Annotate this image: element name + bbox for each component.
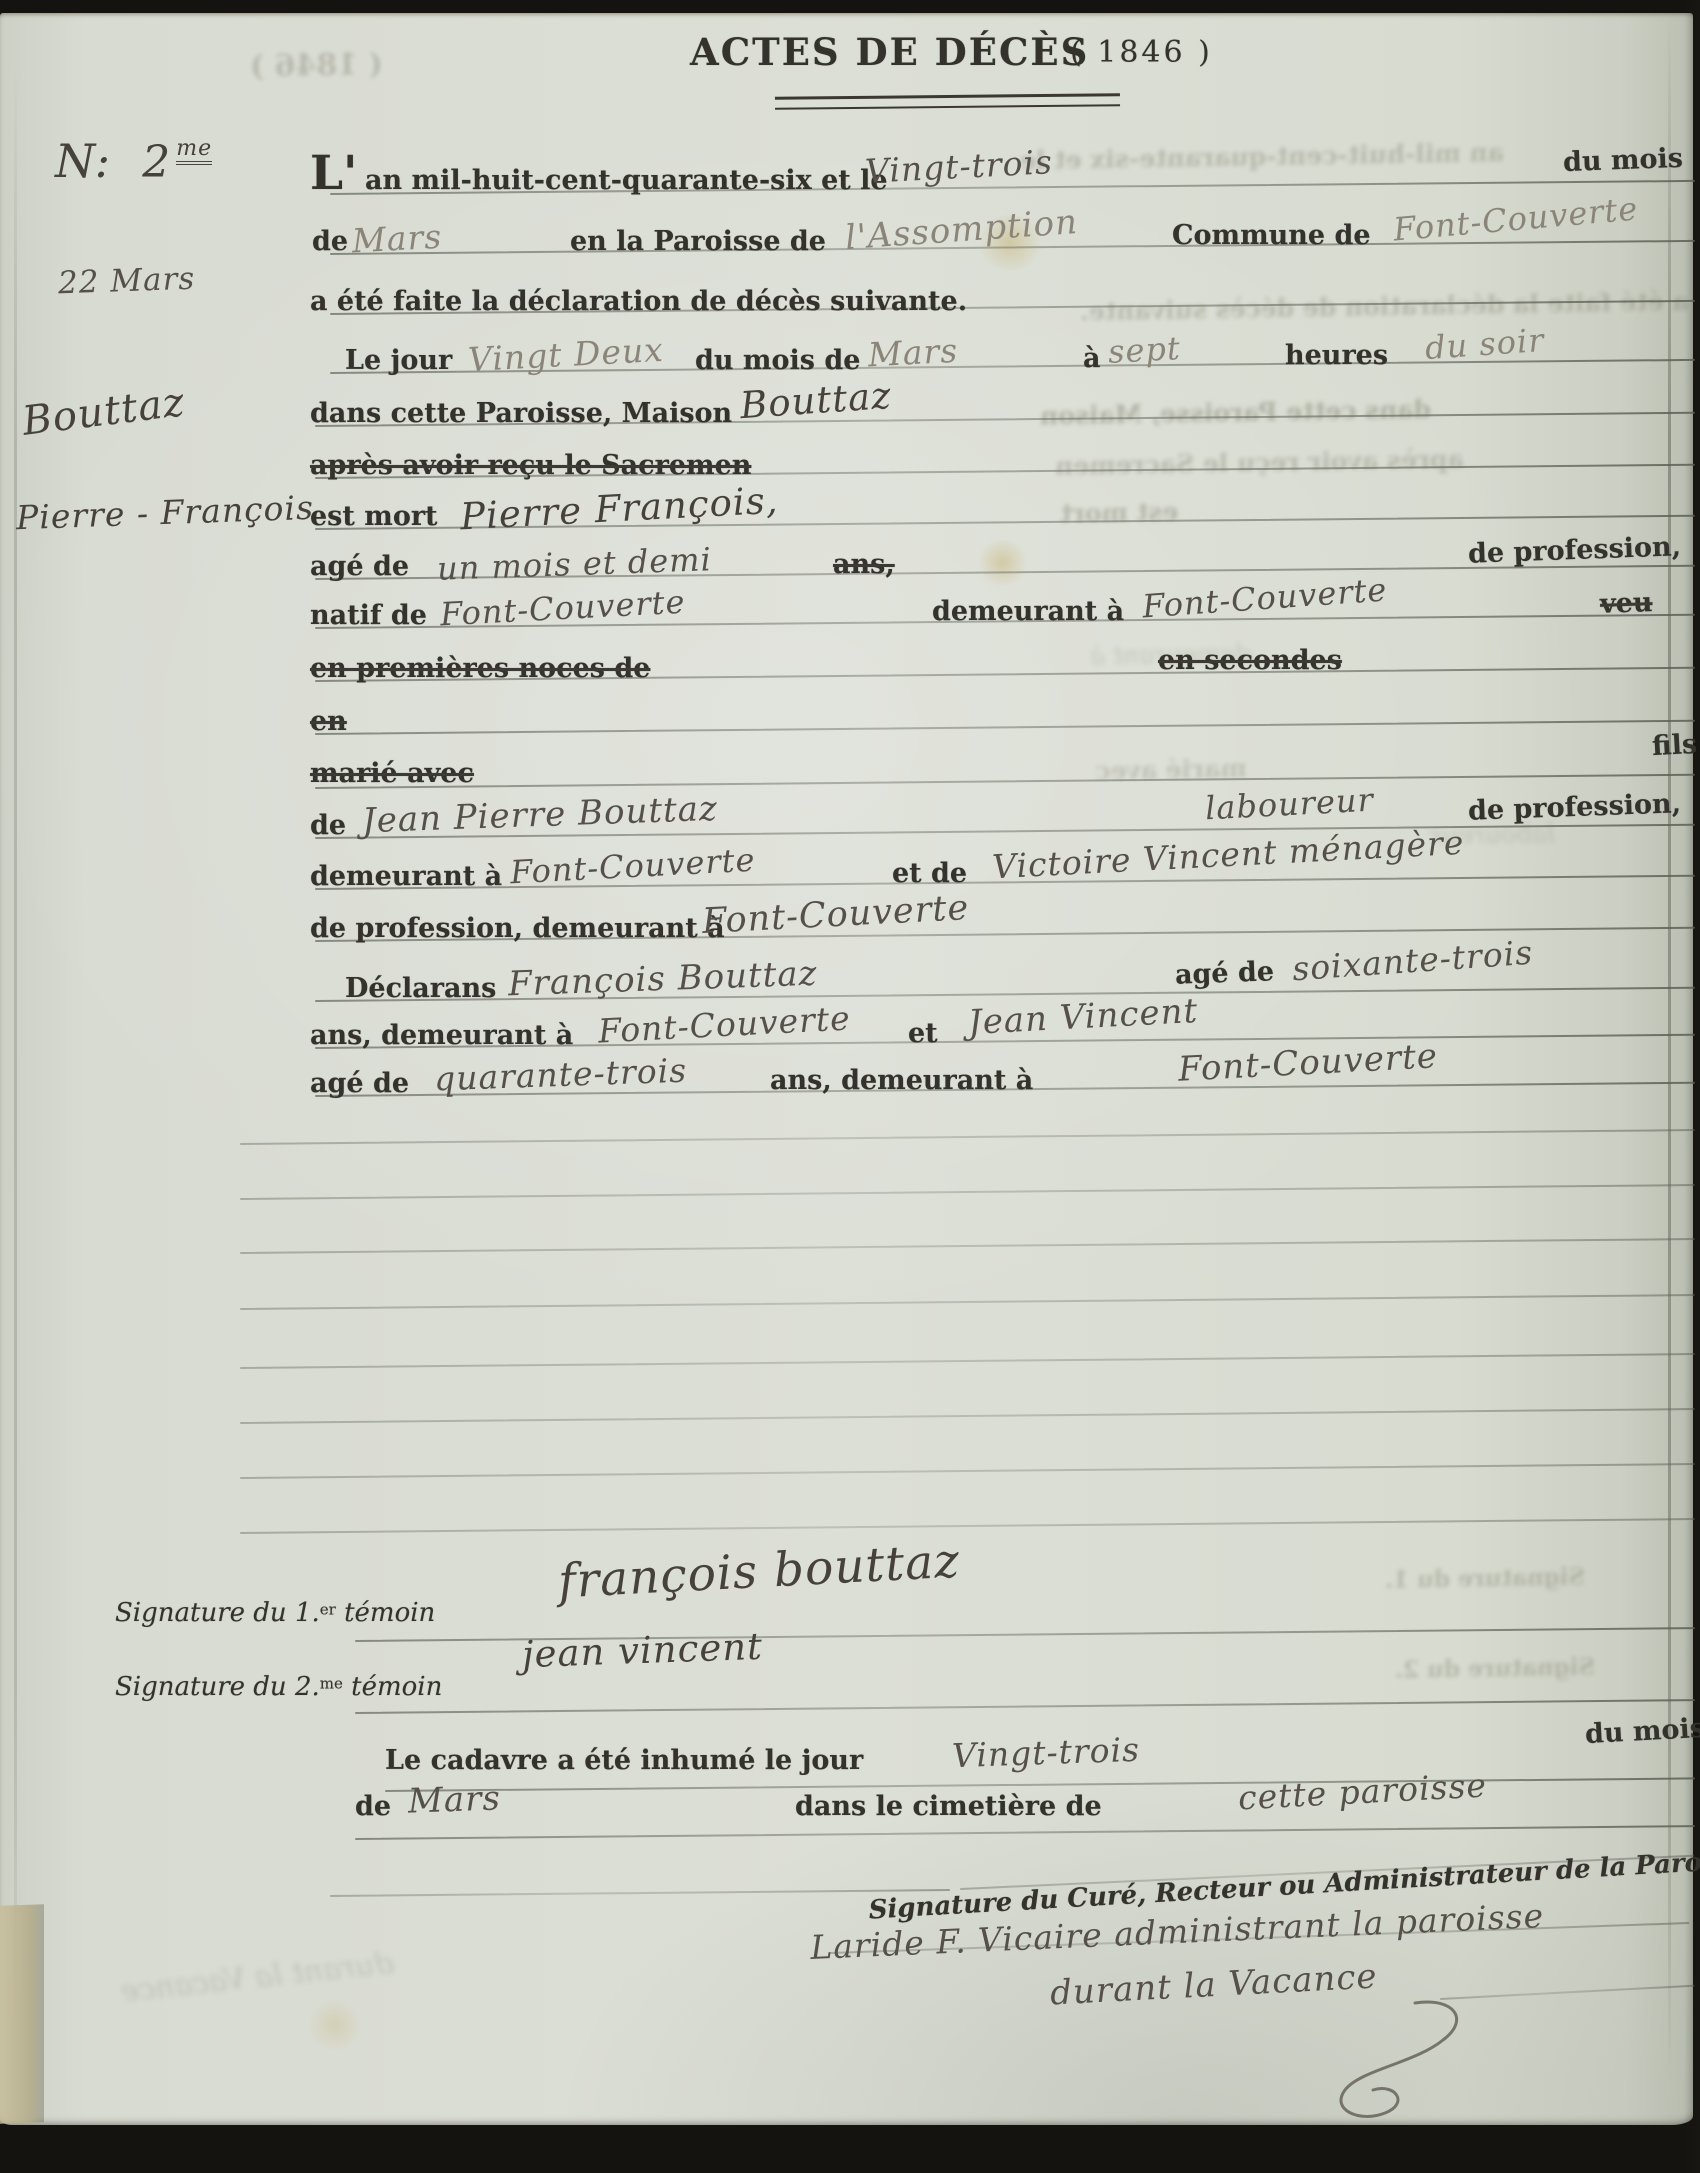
act-line1-right: du mois: [1563, 145, 1684, 176]
act-line2-de: de: [312, 228, 348, 255]
act-line4-lejour: Le jour: [345, 347, 452, 374]
act-line13-de: de: [310, 812, 346, 839]
burial-line1-right: du mois: [1584, 1715, 1700, 1748]
bleedthrough-text: est mort: [1060, 497, 1179, 528]
act-line8-handwritten-age: un mois et demi: [437, 543, 713, 585]
witness2-label: Signature du 2.me témoin: [115, 1674, 442, 1700]
act-line13-handwritten-profession: laboureur: [1204, 784, 1374, 825]
act-line16-declarans-label: Déclarans: [345, 975, 496, 1002]
act-line16-handwritten-declarant1: François Bouttaz: [508, 957, 819, 1002]
act-line4-handwritten-day: Vingt Deux: [467, 333, 664, 376]
act-line4-a: à: [1083, 345, 1101, 372]
act-line18-age-label: agé de: [310, 1070, 409, 1097]
act-line18-ans-label: ans, demeurant à: [770, 1067, 1033, 1094]
act-line17-ans-label: ans, demeurant à: [310, 1022, 573, 1049]
act-line9-natif-label: natif de: [310, 602, 427, 629]
act-line12-marie-struck: marié avec: [310, 760, 474, 787]
binding-edge: [0, 1904, 44, 2124]
act-line5-handwritten-house: Bouttaz: [739, 377, 893, 424]
act-line7-printed: est mort: [310, 503, 438, 530]
witness1-label-sup: er: [320, 1601, 336, 1619]
bleedthrough-text: ( 1846 ): [250, 47, 383, 84]
act-line4-heures: heures: [1285, 342, 1388, 369]
act-line2-commune-label: Commune de: [1172, 222, 1371, 249]
act-line4-handwritten-timeofday: du soir: [1424, 324, 1545, 364]
scanned-register-page: ( 1846 ) an mil-huit-cent-quarante-six e…: [0, 0, 1700, 2173]
act-line6-struck: après avoir reçu le Sacremen: [310, 452, 751, 479]
page-title-year: ( 1846 ): [1070, 38, 1213, 68]
witness2-label-suffix: témoin: [343, 1672, 442, 1702]
act-line11-en-struck: en: [310, 708, 347, 735]
act-line5-printed: dans cette Paroisse, Maison: [310, 400, 732, 427]
act-line10-noces-struck: en premières noces de: [310, 655, 650, 682]
margin-deceased-given-names: Pierre - François: [16, 491, 315, 534]
act-line4-handwritten-month: Mars: [867, 334, 959, 372]
paper-stain: [305, 2000, 365, 2050]
act-line13-right: de profession,: [1468, 790, 1682, 824]
act-line9-veu-struck: veu: [1600, 589, 1653, 618]
act-initial-letter: L': [310, 150, 357, 197]
right-page-crease: [1668, 20, 1671, 2080]
act-line4-dumois: du mois de: [695, 347, 860, 374]
act-line14-demeurant-label: demeurant à: [310, 863, 502, 890]
margin-date: 22 Mars: [58, 264, 196, 300]
act-line17-et: et: [908, 1020, 938, 1047]
witness1-label: Signature du 1.er témoin: [115, 1600, 435, 1626]
left-crease: [14, 60, 17, 2080]
bleedthrough-text: Signature du 2.: [1395, 1653, 1595, 1683]
act-line8-age-label: agé de: [310, 553, 409, 580]
act-line2-paroisse-label: en la Paroisse de: [570, 228, 826, 255]
act-line16-age-label: agé de: [1175, 958, 1275, 988]
act-number-label: N:: [55, 134, 111, 188]
act-line8-right: de profession,: [1468, 533, 1682, 567]
witness1-label-prefix: Signature du 1.: [115, 1598, 320, 1628]
act-number: N: 2 me: [55, 138, 212, 185]
witness1-label-suffix: témoin: [336, 1598, 435, 1628]
burial-line2-handwritten-month: Mars: [407, 1781, 501, 1818]
act-line1-printed: an mil-huit-cent-quarante-six et le: [365, 167, 888, 194]
paper-stain: [975, 540, 1030, 585]
act-line12-fils: fils: [1651, 731, 1697, 760]
act-line2-handwritten-month: Mars: [351, 220, 443, 258]
witness2-label-sup: me: [320, 1675, 343, 1693]
act-line14-etde: et de: [892, 860, 967, 887]
burial-line1-handwritten-day: Vingt-trois: [951, 1733, 1140, 1773]
witness2-label-prefix: Signature du 2.: [115, 1672, 320, 1702]
bleedthrough-text: Signature du 1.: [1385, 1563, 1585, 1593]
act-line9-demeurant-label: demeurant à: [932, 598, 1124, 625]
act-number-suffix: me: [176, 136, 212, 165]
act-line18-handwritten-age: quarante-trois: [434, 1054, 688, 1096]
page-title: ACTES DE DÉCÈS: [690, 34, 1089, 71]
priest-paraph-flourish: [1265, 1995, 1495, 2135]
act-line8-ans-struck: ans,: [833, 551, 895, 578]
burial-line2-de: de: [355, 1793, 391, 1820]
burial-line1-printed: Le cadavre a été inhumé le jour: [385, 1747, 863, 1774]
witness2-signature: jean vincent: [521, 1628, 763, 1673]
act-line10-secondes-struck: en secondes: [1158, 647, 1342, 674]
act-line15-printed: de profession, demeurant à: [310, 915, 725, 942]
act-line1-handwritten-day: Vingt-trois: [864, 145, 1053, 188]
act-line4-handwritten-hour: sept: [1107, 332, 1181, 368]
act-line3-printed: a été faite la déclaration de décès suiv…: [310, 288, 967, 315]
burial-line2-cimetiere-label: dans le cimetière de: [795, 1793, 1102, 1820]
act-number-value: 2: [142, 137, 171, 188]
